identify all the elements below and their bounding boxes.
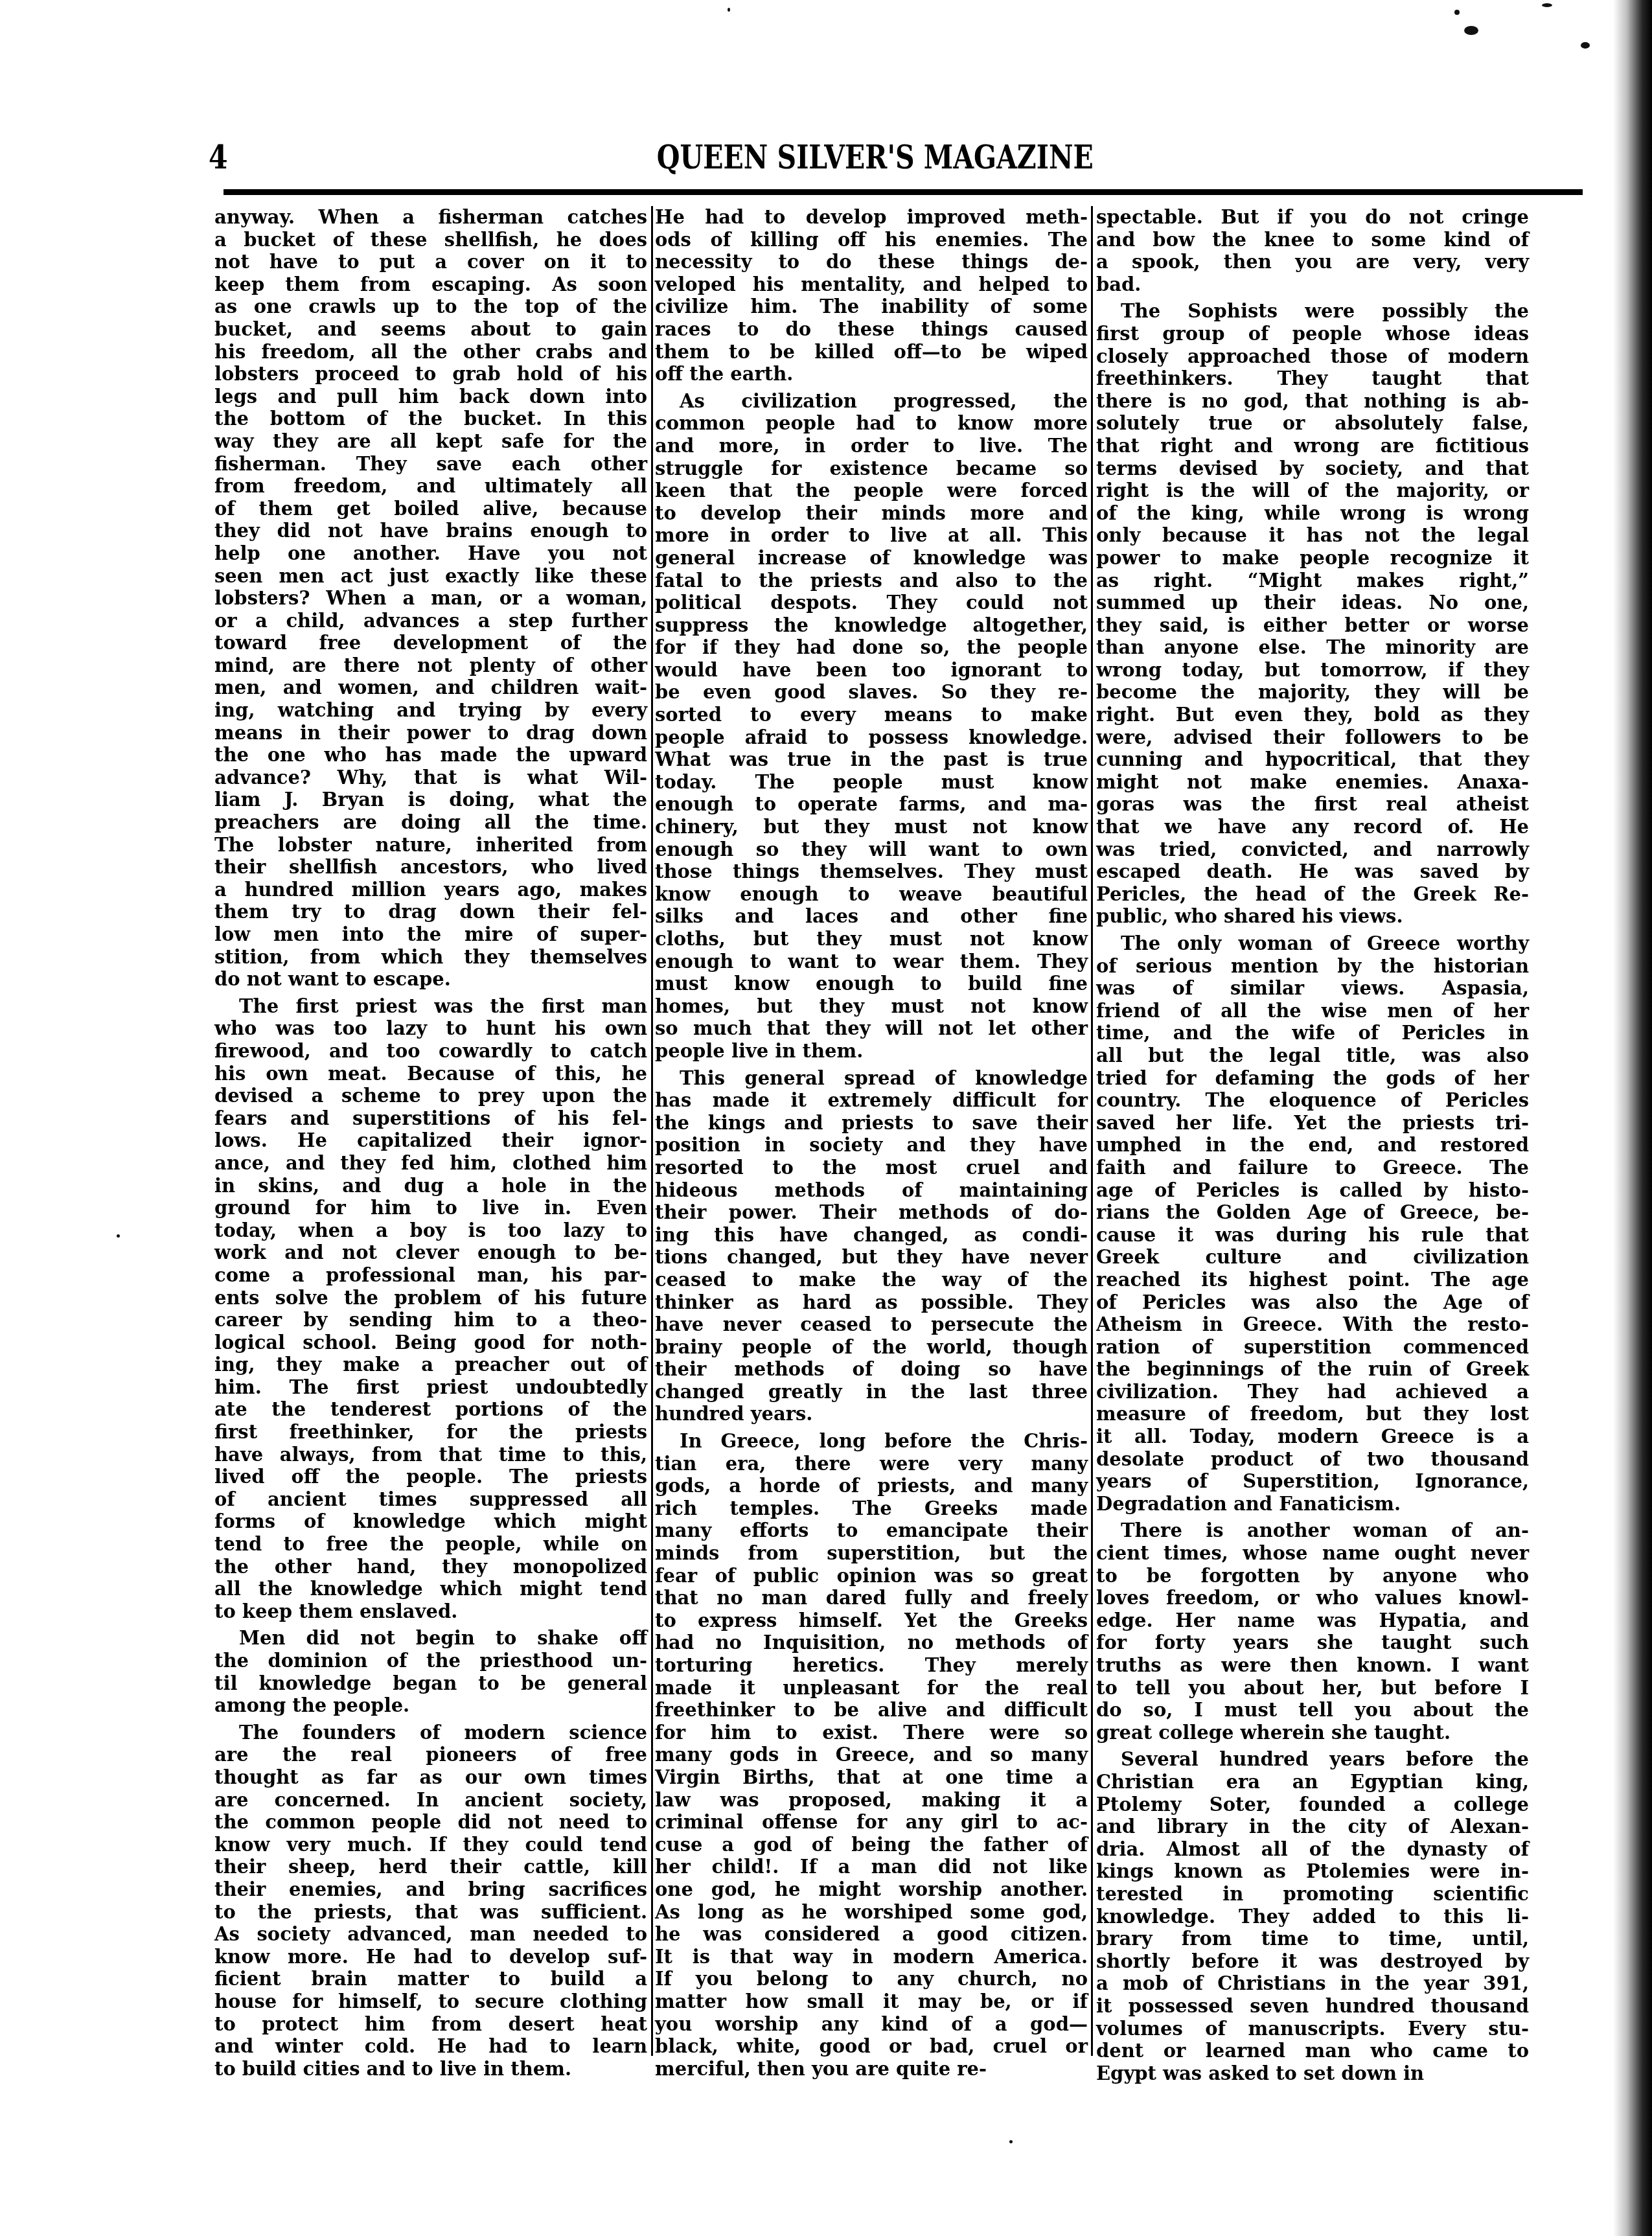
text-line: has made it extremely difficult for <box>655 1089 1088 1112</box>
text-line: changed greatly in the last three <box>655 1381 1088 1403</box>
text-line: work and not clever enough to be- <box>214 1241 647 1264</box>
article-paragraph: The founders of modern scienceare the re… <box>214 1722 647 2080</box>
text-line: stition, from which they themselves <box>214 946 647 969</box>
text-line: people afraid to possess knowledge. <box>655 726 1088 749</box>
text-line: their enemies, and bring sacrifices <box>214 1878 647 1901</box>
text-line: cause it was during his rule that <box>1096 1224 1529 1247</box>
text-line: resorted to the most cruel and <box>655 1157 1088 1179</box>
text-line: seen men act just exactly like these <box>214 565 647 588</box>
text-line: a spook, then you are very, very <box>1096 251 1529 273</box>
text-line: ing, watching and trying by every <box>214 699 647 722</box>
text-line: terms devised by society, and that <box>1096 457 1529 480</box>
text-line: This general spread of knowledge <box>655 1067 1088 1090</box>
text-line: fisherman. They save each other <box>214 453 647 476</box>
text-line: struggle for existence became so <box>655 457 1088 480</box>
text-line: he was considered a good citizen. <box>655 1923 1088 1946</box>
text-line: liam J. Bryan is doing, what the <box>214 789 647 811</box>
text-line: Christian era an Egyptian king, <box>1096 1771 1529 1793</box>
text-line: escaped death. He was saved by <box>1096 860 1529 883</box>
text-line: logical school. Being good for noth- <box>214 1331 647 1354</box>
text-line: of them get boiled alive, because <box>214 498 647 520</box>
text-line: to the priests, that was sufficient. <box>214 1901 647 1924</box>
text-line: toward free development of the <box>214 632 647 654</box>
text-line: lows. He capitalized their ignor- <box>214 1129 647 1152</box>
text-line: those things themselves. They must <box>655 860 1088 883</box>
text-line: lobsters proceed to grab hold of his <box>214 363 647 386</box>
article-paragraph: The only woman of Greece worthyof seriou… <box>1096 932 1529 1515</box>
text-line: many gods in Greece, and so many <box>655 1744 1088 1766</box>
text-line: they said, is either better or worse <box>1096 614 1529 637</box>
text-line: matter how small it may be, or if <box>655 1990 1088 2013</box>
text-line: forms of knowledge which might <box>214 1510 647 1533</box>
text-line: kings known as Ptolemies were in- <box>1096 1860 1529 1883</box>
text-line: so much that they will not let other <box>655 1017 1088 1040</box>
scan-speck <box>1464 26 1478 35</box>
text-line: homes, but they must not know <box>655 995 1088 1018</box>
text-line: ration of superstition commenced <box>1096 1336 1529 1359</box>
text-line: merciful, then you are quite re- <box>655 2058 1088 2080</box>
text-line: As society advanced, man needed to <box>214 1923 647 1946</box>
text-line: his freedom, all the other crabs and <box>214 341 647 363</box>
text-line: their power. Their methods of do- <box>655 1201 1088 1224</box>
text-line: have always, from that time to this, <box>214 1444 647 1466</box>
text-line: or a child, advances a step further <box>214 610 647 632</box>
text-line: you worship any kind of a god— <box>655 2013 1088 2036</box>
text-line: keen that the people were forced <box>655 479 1088 502</box>
text-line: for him to exist. There were so <box>655 1722 1088 1744</box>
text-line: all the knowledge which might tend <box>214 1578 647 1600</box>
text-line: hideous methods of maintaining <box>655 1179 1088 1202</box>
text-line: one god, he might worship another. <box>655 1878 1088 1901</box>
text-line: mind, are there not plenty of other <box>214 654 647 677</box>
text-line: the beginnings of the ruin of Greek <box>1096 1358 1529 1381</box>
text-line: their sheep, herd their cattle, kill <box>214 1856 647 1878</box>
text-line: ficient brain matter to build a <box>214 1968 647 1990</box>
text-line: Ptolemy Soter, founded a college <box>1096 1793 1529 1816</box>
text-line: do not want to escape. <box>214 968 647 991</box>
text-line: thought as far as our own times <box>214 1766 647 1789</box>
text-line: for forty years she taught such <box>1096 1631 1529 1654</box>
text-line: him. The first priest undoubtedly <box>214 1376 647 1399</box>
text-line: gods, a horde of priests, and many <box>655 1475 1088 1497</box>
text-line: that right and wrong are fictitious <box>1096 435 1529 457</box>
text-line: time, and the wife of Pericles in <box>1096 1022 1529 1044</box>
text-line: do so, I must tell you about the <box>1096 1699 1529 1722</box>
text-line: the bottom of the bucket. In this <box>214 408 647 430</box>
text-line: more in order to live at all. This <box>655 524 1088 547</box>
text-line: The lobster nature, inherited from <box>214 834 647 857</box>
text-line: cuse a god of being the father of <box>655 1834 1088 1856</box>
text-line: come a professional man, his par- <box>214 1264 647 1287</box>
text-line: many efforts to emancipate their <box>655 1519 1088 1542</box>
text-line: closely approached those of modern <box>1096 345 1529 368</box>
text-line: public, who shared his views. <box>1096 905 1529 928</box>
text-line: If you belong to any church, no <box>655 1968 1088 1990</box>
article-paragraph: As civilization progressed, thecommon pe… <box>655 390 1088 1063</box>
text-line: are the real pioneers of free <box>214 1744 647 1766</box>
text-line: Atheism in Greece. With the resto- <box>1096 1313 1529 1336</box>
text-line: freethinkers. They taught that <box>1096 367 1529 390</box>
text-line: ance, and they fed him, clothed him <box>214 1152 647 1175</box>
text-line: country. The eloquence of Pericles <box>1096 1089 1529 1112</box>
text-line: not have to put a cover on it to <box>214 251 647 273</box>
article-paragraph: Several hundred years before theChristia… <box>1096 1748 1529 2084</box>
text-line: criminal offense for any girl to ac- <box>655 1811 1088 1834</box>
text-line: men, and women, and children wait- <box>214 676 647 699</box>
text-line: legs and pull him back down into <box>214 386 647 408</box>
text-line: summed up their ideas. No one, <box>1096 592 1529 614</box>
magazine-title: QUEEN SILVER'S MAGAZINE <box>657 141 1092 174</box>
text-line: reached its highest point. The age <box>1096 1269 1529 1291</box>
text-line: loves freedom, or who values knowl- <box>1096 1587 1529 1609</box>
text-line: ing, they make a preacher out of <box>214 1354 647 1376</box>
text-line: political despots. They could not <box>655 592 1088 614</box>
scan-speck <box>117 1234 120 1238</box>
text-line: was tried, convicted, and narrowly <box>1096 838 1529 861</box>
text-line: first freethinker, for the priests <box>214 1421 647 1444</box>
text-line: they did not have brains enough to <box>214 520 647 542</box>
text-line: only because it has not the legal <box>1096 524 1529 547</box>
article-paragraph: The Sophists were possibly thefirst grou… <box>1096 300 1529 928</box>
text-line: the one who has made the upward <box>214 744 647 766</box>
text-line: faith and failure to Greece. The <box>1096 1157 1529 1179</box>
text-line: lived off the people. The priests <box>214 1466 647 1488</box>
text-line: to be forgotten by anyone who <box>1096 1565 1529 1587</box>
scan-speck <box>1454 10 1460 15</box>
text-line: must know enough to build fine <box>655 973 1088 995</box>
text-line: have never ceased to persecute the <box>655 1313 1088 1336</box>
text-line: Greek culture and civilization <box>1096 1246 1529 1269</box>
text-line: Men did not begin to shake off <box>214 1627 647 1650</box>
text-line: The founders of modern science <box>214 1722 647 1744</box>
magazine-page: 4 QUEEN SILVER'S MAGAZINE anyway. When a… <box>0 0 1652 2236</box>
text-line: people live in them. <box>655 1040 1088 1063</box>
text-line: low men into the mire of super- <box>214 923 647 946</box>
text-line: it all. Today, modern Greece is a <box>1096 1425 1529 1448</box>
text-line: today, when a boy is too lazy to <box>214 1219 647 1242</box>
text-line: shortly before it was destroyed by <box>1096 1950 1529 1973</box>
text-line: had no Inquisition, no methods of <box>655 1631 1088 1654</box>
text-line: from freedom, and ultimately all <box>214 475 647 498</box>
text-line: fatal to the priests and also to the <box>655 570 1088 592</box>
article-paragraph: Men did not begin to shake offthe domini… <box>214 1627 647 1716</box>
article-column-2: He had to develop improved meth-ods of k… <box>655 206 1088 2080</box>
text-line: keep them from escaping. As soon <box>214 273 647 296</box>
page-number: 4 <box>209 141 228 174</box>
text-line: become the majority, they will be <box>1096 681 1529 704</box>
text-line: might not make enemies. Anaxa- <box>1096 771 1529 794</box>
text-line: right is the will of the majority, or <box>1096 479 1529 502</box>
text-line: Virgin Births, that at one time a <box>655 1766 1088 1789</box>
text-line: great college wherein she taught. <box>1096 1722 1529 1744</box>
text-line: than anyone else. The minority are <box>1096 636 1529 659</box>
article-paragraph: The first priest was the first manwho wa… <box>214 995 647 1623</box>
text-line: to develop their minds more and <box>655 502 1088 525</box>
article-column-1: anyway. When a fisherman catchesa bucket… <box>214 206 647 2080</box>
text-line: ground for him to live in. Even <box>214 1197 647 1219</box>
text-line: dent or learned man who came to <box>1096 2040 1529 2062</box>
header-divider <box>224 189 1583 195</box>
text-line: saved her life. Yet the priests tri- <box>1096 1112 1529 1135</box>
text-line: The Sophists were possibly the <box>1096 300 1529 323</box>
text-line: today. The people must know <box>655 771 1088 794</box>
text-line: them to be killed off—to be wiped <box>655 341 1088 363</box>
text-line: spectable. But if you do not cringe <box>1096 206 1529 229</box>
text-line: ing this have changed, as condi- <box>655 1224 1088 1247</box>
text-line: enough to operate farms, and ma- <box>655 793 1088 816</box>
text-line: It is that way in modern America. <box>655 1946 1088 1968</box>
text-line: advance? Why, that is what Wil- <box>214 766 647 789</box>
text-line: firewood, and too cowardly to catch <box>214 1040 647 1063</box>
text-line: her child!. If a man did not like <box>655 1856 1088 1878</box>
text-line: his own meat. Because of this, he <box>214 1063 647 1085</box>
text-line: for if they had done so, the people <box>655 636 1088 659</box>
text-line: cient times, whose name ought never <box>1096 1542 1529 1565</box>
text-line: and winter cold. He had to learn <box>214 2035 647 2058</box>
text-line: the kings and priests to save their <box>655 1112 1088 1135</box>
text-line: that no man dared fully and freely <box>655 1587 1088 1609</box>
text-line: means in their power to drag down <box>214 722 647 744</box>
text-line: know more. He had to develop suf- <box>214 1946 647 1968</box>
text-line: dria. Almost all of the dynasty of <box>1096 1838 1529 1861</box>
text-line: brary from time to time, until, <box>1096 1928 1529 1950</box>
text-line: know very much. If they could tend <box>214 1834 647 1856</box>
text-line: bad. <box>1096 273 1529 296</box>
text-line: of the king, while wrong is wrong <box>1096 502 1529 525</box>
text-line: thinker as hard as possible. They <box>655 1291 1088 1314</box>
article-paragraph: In Greece, long before the Chris-tian er… <box>655 1430 1088 2080</box>
text-line: torturing heretics. They merely <box>655 1654 1088 1677</box>
text-line: tions changed, but they have never <box>655 1246 1088 1269</box>
text-line: to tell you about her, but before I <box>1096 1677 1529 1700</box>
text-line: measure of freedom, but they lost <box>1096 1403 1529 1425</box>
text-line: The only woman of Greece worthy <box>1096 932 1529 955</box>
text-line: the dominion of the priesthood un- <box>214 1650 647 1672</box>
text-line: veloped his mentality, and helped to <box>655 273 1088 296</box>
scan-speck <box>1581 42 1590 49</box>
text-line: their shellfish ancestors, who lived <box>214 856 647 879</box>
text-line: their methods of doing so have <box>655 1358 1088 1381</box>
text-line: races to do these things caused <box>655 318 1088 341</box>
scan-edge-shadow <box>1613 0 1652 2236</box>
text-line: in skins, and dug a hole in the <box>214 1175 647 1197</box>
article-paragraph: anyway. When a fisherman catchesa bucket… <box>214 206 647 991</box>
text-line: were, advised their followers to be <box>1096 726 1529 749</box>
text-line: be even good slaves. So they re- <box>655 681 1088 704</box>
text-line: that we have any record of. He <box>1096 816 1529 838</box>
text-line: goras was the first real atheist <box>1096 793 1529 816</box>
text-line: first group of people whose ideas <box>1096 323 1529 345</box>
text-line: of ancient times suppressed all <box>214 1488 647 1511</box>
text-line: The first priest was the first man <box>214 995 647 1018</box>
text-line: power to make people recognize it <box>1096 547 1529 570</box>
text-line: volumes of manuscripts. Every stu- <box>1096 2018 1529 2040</box>
text-line: devised a scheme to prey upon the <box>214 1085 647 1107</box>
text-line: law was proposed, making it a <box>655 1789 1088 1812</box>
text-line: as right. “Might makes right,” <box>1096 570 1529 592</box>
text-line: know enough to weave beautiful <box>655 883 1088 906</box>
text-line: civilize him. The inability of some <box>655 295 1088 318</box>
text-line: terested in promoting scientific <box>1096 1883 1529 1906</box>
text-line: help one another. Have you not <box>214 542 647 565</box>
text-line: He had to develop improved meth- <box>655 206 1088 229</box>
text-line: there is no god, that nothing is ab- <box>1096 390 1529 413</box>
text-line: a mob of Christians in the year 391, <box>1096 1972 1529 1995</box>
text-line: way they are all kept safe for the <box>214 430 647 453</box>
text-line: a hundred million years ago, makes <box>214 879 647 901</box>
text-line: black, white, good or bad, cruel or <box>655 2035 1088 2058</box>
text-line: As long as he worshiped some god, <box>655 1901 1088 1924</box>
text-line: and library in the city of Alexan- <box>1096 1815 1529 1838</box>
text-line: cloths, but they must not know <box>655 928 1088 951</box>
text-line: wrong today, but tomorrow, if they <box>1096 659 1529 682</box>
text-line: a bucket of these shellfish, he does <box>214 229 647 251</box>
text-line: There is another woman of an- <box>1096 1519 1529 1542</box>
text-line: Pericles, the head of the Greek Re- <box>1096 883 1529 906</box>
text-line: umphed in the end, and restored <box>1096 1134 1529 1157</box>
text-line: it possessed seven hundred thousand <box>1096 1995 1529 2018</box>
article-paragraph: spectable. But if you do not cringeand b… <box>1096 206 1529 295</box>
text-line: enough so they will want to own <box>655 838 1088 861</box>
text-line: career by sending him to a theo- <box>214 1309 647 1331</box>
text-line: cunning and hypocritical, that they <box>1096 748 1529 771</box>
text-line: Egypt was asked to set down in <box>1096 2062 1529 2085</box>
text-line: off the earth. <box>655 363 1088 386</box>
text-line: as one crawls up to the top of the <box>214 295 647 318</box>
text-line: edge. Her name was Hypatia, and <box>1096 1609 1529 1632</box>
text-line: age of Pericles is called by histo- <box>1096 1179 1529 1202</box>
text-line: rich temples. The Greeks made <box>655 1497 1088 1520</box>
text-line: fear of public opinion was so great <box>655 1565 1088 1587</box>
text-line: position in society and they have <box>655 1134 1088 1157</box>
text-line: silks and laces and other fine <box>655 905 1088 928</box>
text-line: to protect him from desert heat <box>214 2013 647 2036</box>
text-line: ate the tenderest portions of the <box>214 1398 647 1421</box>
text-line: to build cities and to live in them. <box>214 2058 647 2080</box>
text-line: chinery, but they must not know <box>655 816 1088 838</box>
text-line: of Pericles was also the Age of <box>1096 1291 1529 1314</box>
column-divider <box>1091 206 1093 2056</box>
text-line: the common people did not need to <box>214 1811 647 1834</box>
text-line: are concerned. In ancient society, <box>214 1789 647 1812</box>
article-paragraph: There is another woman of an-cient times… <box>1096 1519 1529 1744</box>
text-line: bucket, and seems about to gain <box>214 318 647 341</box>
text-line: tian era, there were very many <box>655 1453 1088 1475</box>
text-line: freethinker to be alive and difficult <box>655 1699 1088 1722</box>
text-line: all but the legal title, was also <box>1096 1044 1529 1067</box>
text-line: As civilization progressed, the <box>655 390 1088 413</box>
text-line: In Greece, long before the Chris- <box>655 1430 1088 1453</box>
text-line: desolate product of two thousand <box>1096 1448 1529 1471</box>
text-line: would have been too ignorant to <box>655 659 1088 682</box>
text-line: What was true in the past is true <box>655 748 1088 771</box>
article-column-3: spectable. But if you do not cringeand b… <box>1096 206 1529 2084</box>
text-line: ents solve the problem of his future <box>214 1287 647 1309</box>
text-line: brainy people of the world, though <box>655 1336 1088 1359</box>
text-line: necessity to do these things de- <box>655 251 1088 273</box>
text-line: ods of killing off his enemies. The <box>655 229 1088 251</box>
text-line: friend of all the wise men of her <box>1096 1000 1529 1022</box>
text-line: them try to drag down their fel- <box>214 901 647 923</box>
text-line: enough to want to wear them. They <box>655 951 1088 973</box>
text-line: lobsters? When a man, or a woman, <box>214 587 647 610</box>
text-line: civilization. They had achieved a <box>1096 1381 1529 1403</box>
text-line: to keep them enslaved. <box>214 1600 647 1623</box>
text-line: years of Superstition, Ignorance, <box>1096 1470 1529 1493</box>
text-line: rians the Golden Age of Greece, be- <box>1096 1201 1529 1224</box>
text-line: knowledge. They added to this li- <box>1096 1906 1529 1928</box>
text-line: Several hundred years before the <box>1096 1748 1529 1771</box>
text-line: minds from superstition, but the <box>655 1542 1088 1565</box>
text-line: was of similar views. Aspasia, <box>1096 977 1529 1000</box>
scan-speck <box>728 8 730 12</box>
text-line: and more, in order to live. The <box>655 435 1088 457</box>
text-line: right. But even they, bold as they <box>1096 704 1529 726</box>
text-line: hundred years. <box>655 1403 1088 1425</box>
text-line: tried for defaming the gods of her <box>1096 1067 1529 1090</box>
text-line: to express himself. Yet the Greeks <box>655 1609 1088 1632</box>
text-line: anyway. When a fisherman catches <box>214 206 647 229</box>
text-line: Degradation and Fanaticism. <box>1096 1493 1529 1516</box>
text-line: solutely true or absolutely false, <box>1096 412 1529 435</box>
text-line: general increase of knowledge was <box>655 547 1088 570</box>
text-line: truths as were then known. I want <box>1096 1654 1529 1677</box>
scan-speck <box>1542 3 1552 7</box>
article-paragraph: He had to develop improved meth-ods of k… <box>655 206 1088 386</box>
text-line: among the people. <box>214 1694 647 1717</box>
text-line: preachers are doing all the time. <box>214 811 647 834</box>
scan-speck <box>1009 2140 1013 2143</box>
text-line: house for himself, to secure clothing <box>214 1990 647 2013</box>
text-line: tend to free the people, while on <box>214 1533 647 1556</box>
text-line: sorted to every means to make <box>655 704 1088 726</box>
text-line: the other hand, they monopolized <box>214 1556 647 1578</box>
text-line: til knowledge began to be general <box>214 1672 647 1695</box>
text-line: ceased to make the way of the <box>655 1269 1088 1291</box>
text-line: of serious mention by the historian <box>1096 955 1529 978</box>
text-line: who was too lazy to hunt his own <box>214 1017 647 1040</box>
text-line: fears and superstitions of his fel- <box>214 1107 647 1130</box>
column-divider <box>651 206 653 2056</box>
text-line: made it unpleasant for the real <box>655 1677 1088 1700</box>
article-paragraph: This general spread of knowledgehas made… <box>655 1067 1088 1426</box>
text-line: suppress the knowledge altogether, <box>655 614 1088 637</box>
text-line: common people had to know more <box>655 412 1088 435</box>
text-line: and bow the knee to some kind of <box>1096 229 1529 251</box>
